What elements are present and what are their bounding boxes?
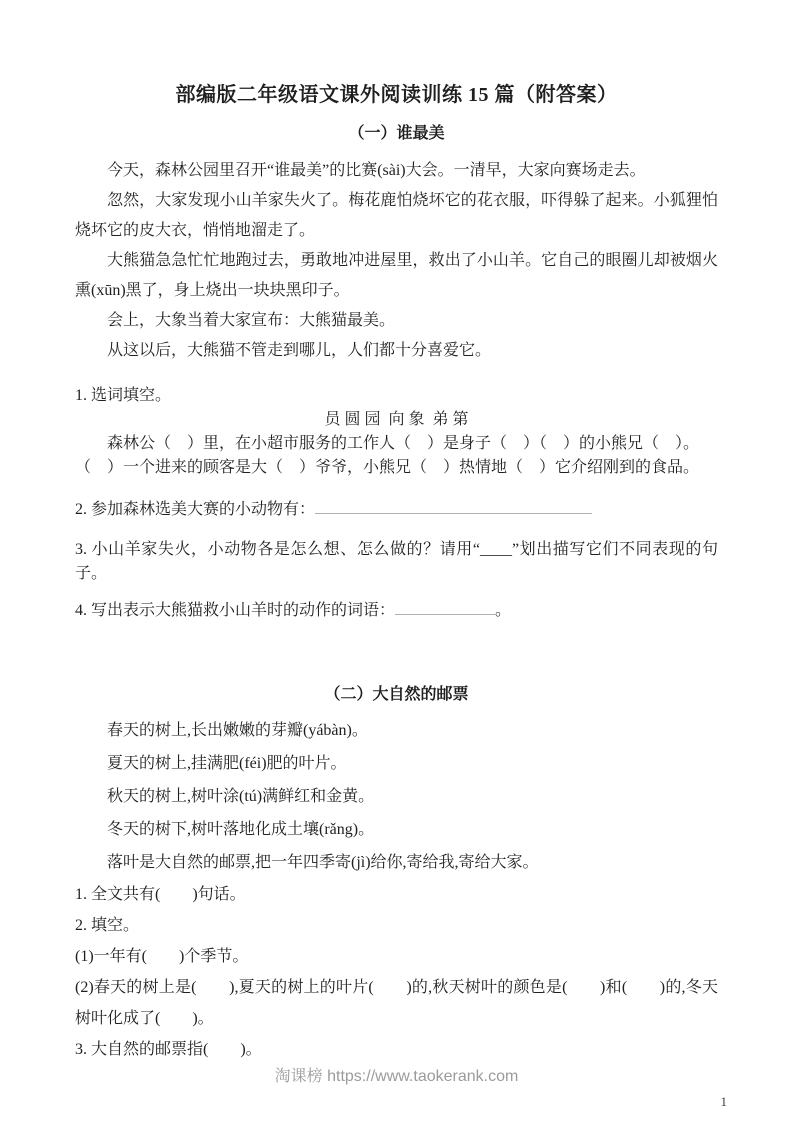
page-number: 1 bbox=[721, 1094, 728, 1110]
question-1-block: 1. 选词填空。 员 圆 园 向 象 弟 第 森林公（ ）里，在小超市服务的工作… bbox=[75, 384, 718, 480]
passage-paragraph: 忽然，大家发现小山羊家失火了。梅花鹿怕烧坏它的花衣服，吓得躲了起来。小狐狸怕烧坏… bbox=[75, 186, 718, 246]
poem-line: 秋天的树上,树叶涂(tú)满鲜红和金黄。 bbox=[75, 780, 718, 813]
passage-paragraph: 会上，大象当着大家宣布：大熊猫最美。 bbox=[75, 306, 718, 336]
poem-line: 落叶是大自然的邮票,把一年四季寄(jì)给你,寄给我,寄给大家。 bbox=[75, 846, 718, 879]
question-3: 3. 小山羊家失火，小动物各是怎么想、怎么做的？请用“____”划出描写它们不同… bbox=[75, 538, 718, 586]
passage-paragraph: 从这以后，大熊猫不管走到哪儿，人们都十分喜爱它。 bbox=[75, 336, 718, 366]
question-2: 2. 参加森林选美大赛的小动物有： bbox=[75, 498, 718, 522]
section-1-heading: （一）谁最美 bbox=[75, 124, 718, 144]
question-line: 2. 填空。 bbox=[75, 910, 718, 941]
question-4-text: 4. 写出表示大熊猫救小山羊时的动作的词语： bbox=[75, 602, 395, 619]
poem-line: 冬天的树下,树叶落地化成土壤(rǎng)。 bbox=[75, 813, 718, 846]
answer-blank-line bbox=[315, 498, 592, 514]
passage-paragraph: 大熊猫急急忙忙地跑过去，勇敢地冲进屋里，救出了小山羊。它自己的眼圈儿却被烟火熏(… bbox=[75, 246, 718, 306]
question-line: 3. 大自然的邮票指( )。 bbox=[75, 1034, 718, 1065]
poem-line: 夏天的树上,挂满肥(féi)肥的叶片。 bbox=[75, 747, 718, 780]
question-line: (2)春天的树上是( ),夏天的树上的叶片( )的,秋天树叶的颜色是( )和( … bbox=[75, 972, 718, 1034]
question-line: 1. 全文共有( )句话。 bbox=[75, 879, 718, 910]
section-2-questions: 1. 全文共有( )句话。 2. 填空。 (1)一年有( )个季节。 (2)春天… bbox=[75, 879, 718, 1065]
passage-paragraph: 今天，森林公园里召开“谁最美”的比赛(sài)大会。一清早，大家向赛场走去。 bbox=[75, 156, 718, 186]
question-1-text-line-1: 森林公（ ）里，在小超市服务的工作人（ ）是身子（ ）（ ）的小熊兄（ ）。 bbox=[75, 432, 718, 456]
question-1-text-line-2: （ ）一个进来的顾客是大（ ）爷爷，小熊兄（ ）热情地（ ）它介绍刚到的食品。 bbox=[75, 456, 718, 480]
section-2-passage: 春天的树上,长出嫩嫩的芽瓣(yábàn)。 夏天的树上,挂满肥(féi)肥的叶片… bbox=[75, 714, 718, 879]
question-2-text: 2. 参加森林选美大赛的小动物有： bbox=[75, 501, 315, 518]
word-bank: 员 圆 园 向 象 弟 第 bbox=[75, 408, 718, 432]
question-1-label: 1. 选词填空。 bbox=[75, 384, 718, 408]
question-4-suffix: 。 bbox=[495, 602, 511, 619]
poem-line: 春天的树上,长出嫩嫩的芽瓣(yábàn)。 bbox=[75, 714, 718, 747]
section-1-passage: 今天，森林公园里召开“谁最美”的比赛(sài)大会。一清早，大家向赛场走去。 忽… bbox=[75, 156, 718, 366]
section-2-heading: （二）大自然的邮票 bbox=[75, 685, 718, 705]
document-page: 部编版二年级语文课外阅读训练 15 篇（附答案） （一）谁最美 今天，森林公园里… bbox=[0, 0, 793, 1122]
document-title: 部编版二年级语文课外阅读训练 15 篇（附答案） bbox=[75, 84, 718, 106]
footer-link[interactable]: 淘课榜 https://www.taokerank.com bbox=[0, 1063, 793, 1086]
question-line: (1)一年有( )个季节。 bbox=[75, 941, 718, 972]
question-4: 4. 写出表示大熊猫救小山羊时的动作的词语：。 bbox=[75, 599, 718, 623]
answer-blank-line bbox=[395, 599, 495, 615]
